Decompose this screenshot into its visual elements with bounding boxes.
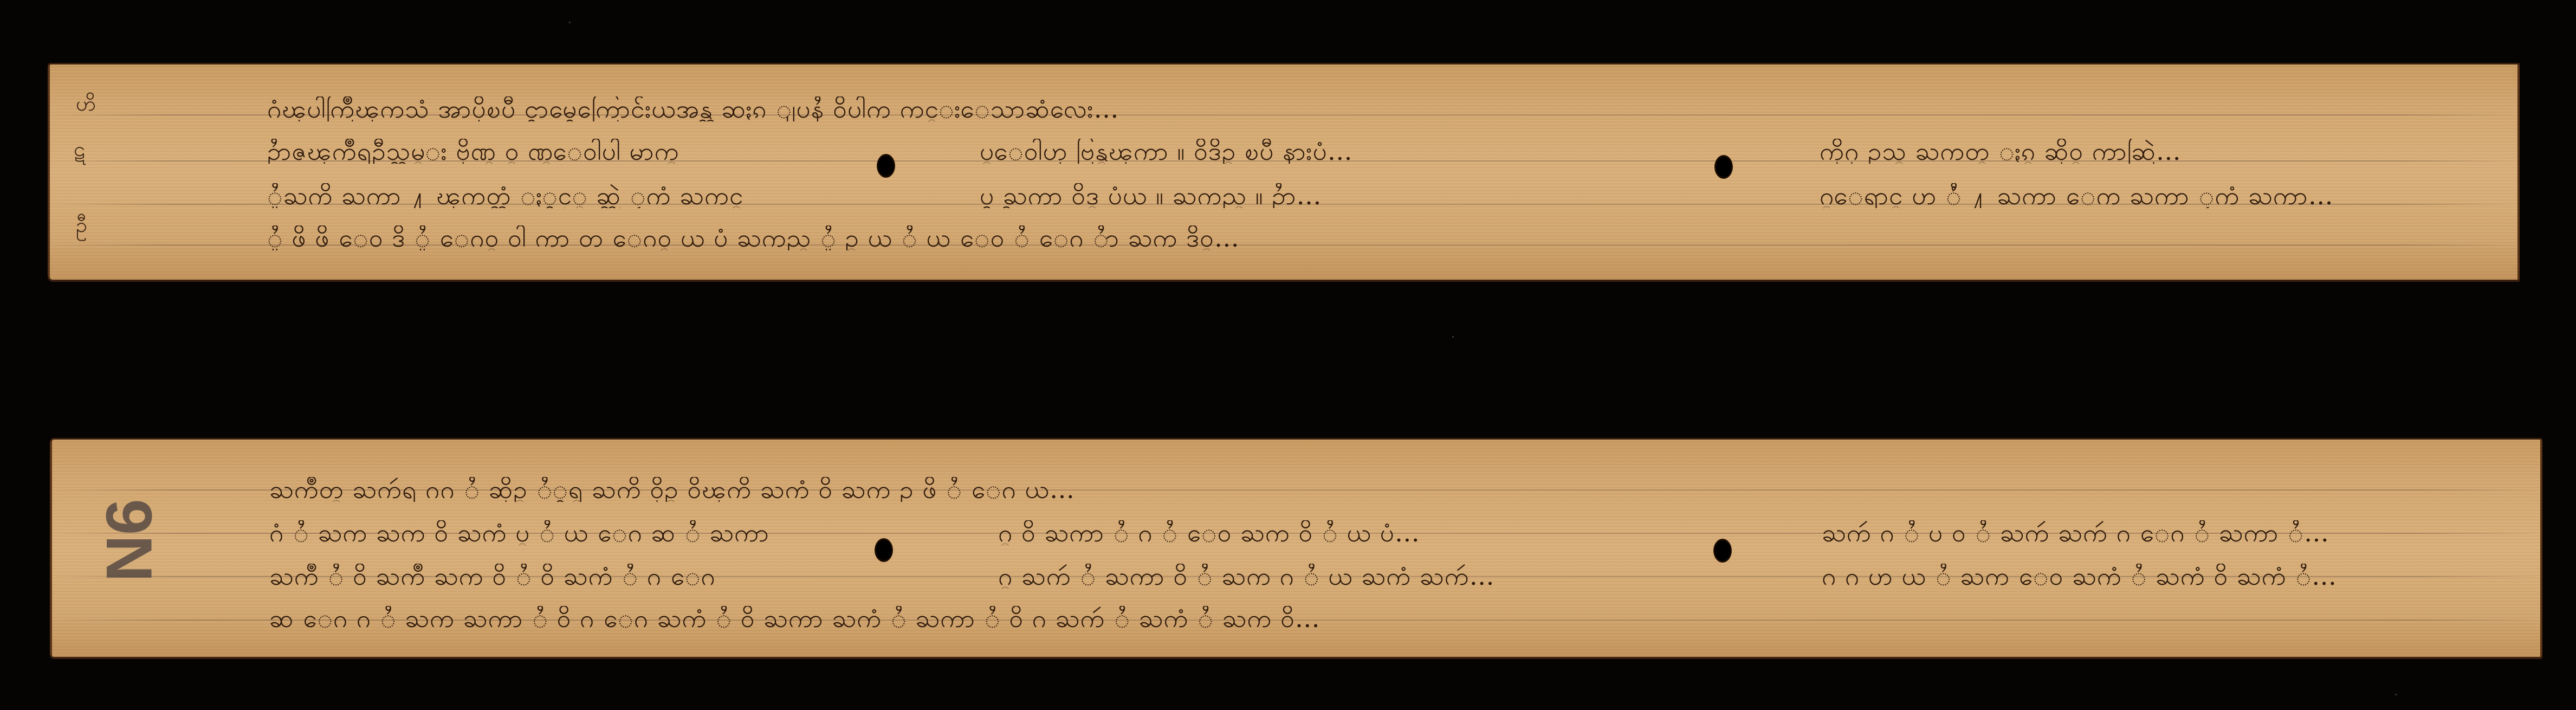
dust-speck xyxy=(2395,694,2397,695)
binding-hole xyxy=(875,538,893,562)
manuscript-line-2c: ႀကဴ ဂ ႆ ပ ဝ ႆ ႀကဴ ႀကဴ ဂ ေဂ ႆ ႀကာ ႆ… xyxy=(1822,520,2374,545)
margin-folio-mark: ဟိ xyxy=(76,93,96,114)
manuscript-line-3c: ဂ္ေရာင္ ဟ ႆံ ႔ ႀကာ ေက ႀကာ ႂကံ ႀကာ… xyxy=(1820,183,2372,208)
manuscript-line-1: ဂံၾပါကြိဳၾကသံ အာပိုၿပီ ငွာမွေကြောင်းယအန္… xyxy=(267,96,2380,121)
margin-folio-mark: ဦ xyxy=(76,215,87,235)
manuscript-line-2a: ဥႆာဇၾကိဳရဦသ္ကမ္း ဗိုဏ္ ဝ္ ဏ္ေဝါပါ မာက္ xyxy=(267,139,771,164)
palm-leaf-folio-bottom: N6 ႀကဳတ္ ႀကဴရ ဂဂ ႆ ဆိုဥ္ ႆွရ္ ႀကိ ဝိုဥ္ … xyxy=(50,438,2542,659)
manuscript-line-3b: ပ္ဂ္ဂ ႀကာ ဝိဒ္ ပံယ ။ ႀကည္ ။ ဥႆာ… xyxy=(980,183,1641,208)
pencil-folio-annotation: N6 xyxy=(92,499,167,582)
dust-speck xyxy=(569,22,571,23)
manuscript-line-2c: ကိုဂု ဥသ္ ႀကတ္ ႏၵ္ ဆိုဝ္ ကာဆြဲ… xyxy=(1820,139,2372,164)
binding-hole xyxy=(877,154,895,178)
manuscript-line-3c: ဂ ဂ ဟ ယ ႆ ႀက ေဝ ႀကံ ႆ ႀကံ ဝိ ႀကံ ႆ… xyxy=(1822,564,2374,589)
manuscript-line-3a: ႆူႀကိ ႀကာ ႔ ၾကတ္ဆံ ႏွင့္ ဆ္တဲ့ ႂကံ ႀကင္ xyxy=(267,183,771,208)
manuscript-line-2a: ဂံ ႆ ႀက ႀက ဝိ ႀကံ ပ္ ႆ ယ ေဂ ဆ ႆ ႀကာ xyxy=(269,520,800,545)
manuscript-line-2b: ပ္ေဝါဟု ဗြန္ၾကာ ။ ဝိဒိဥ္ ၿပီ နားပံ… xyxy=(980,139,1641,164)
manuscript-line-3a: ႀကဳ ႆ ဝိ ႀကဳ ႀက ဝိ ႆ ဝိ ႀကံ ႆ ဂ ေဂ xyxy=(269,564,800,589)
binding-hole xyxy=(1713,539,1732,563)
manuscript-line-1: ႀကဳတ္ ႀကဴရ ဂဂ ႆ ဆိုဥ္ ႆွရ္ ႀကိ ဝိုဥ္ ဝိၾ… xyxy=(269,477,2372,502)
margin-folio-mark: ဋ xyxy=(74,139,85,159)
manuscript-line-2b: ဂ္ ဝိ ႀကာ ႆ ဂ ႆ ေဝ ႀက ဝိ ႆ ယ ပံ… xyxy=(998,520,1648,545)
manuscript-line-3b: ဂ္ ႀကဴ ႆ ႀကာ ဝိ ႆ ႀက ဂ ႆ ယ ႀကံ ႀကဴ… xyxy=(998,564,1648,589)
manuscript-line-4: ႆူ ဖိ ဖိ ေဝ ဒိ ႆူ ေဂဝ္ ဝါ ကာ တ ေဂဝ္ ယ ပံ… xyxy=(267,225,2380,250)
palm-leaf-folio-top: ဟိ ဋ ဦ ဂံၾပါကြိဳၾကသံ အာပိုၿပီ ငွာမွေကြော… xyxy=(48,63,2520,282)
manuscript-line-4: ဆ ေဂ ဂ ႆ ႀက ႀကာ ႆ ဝိ ဂ ေဂ ႀကံ ႆ ဝိ ႀကာ ႀ… xyxy=(269,606,2372,631)
dust-speck xyxy=(1452,336,1454,338)
binding-hole xyxy=(1714,155,1733,179)
